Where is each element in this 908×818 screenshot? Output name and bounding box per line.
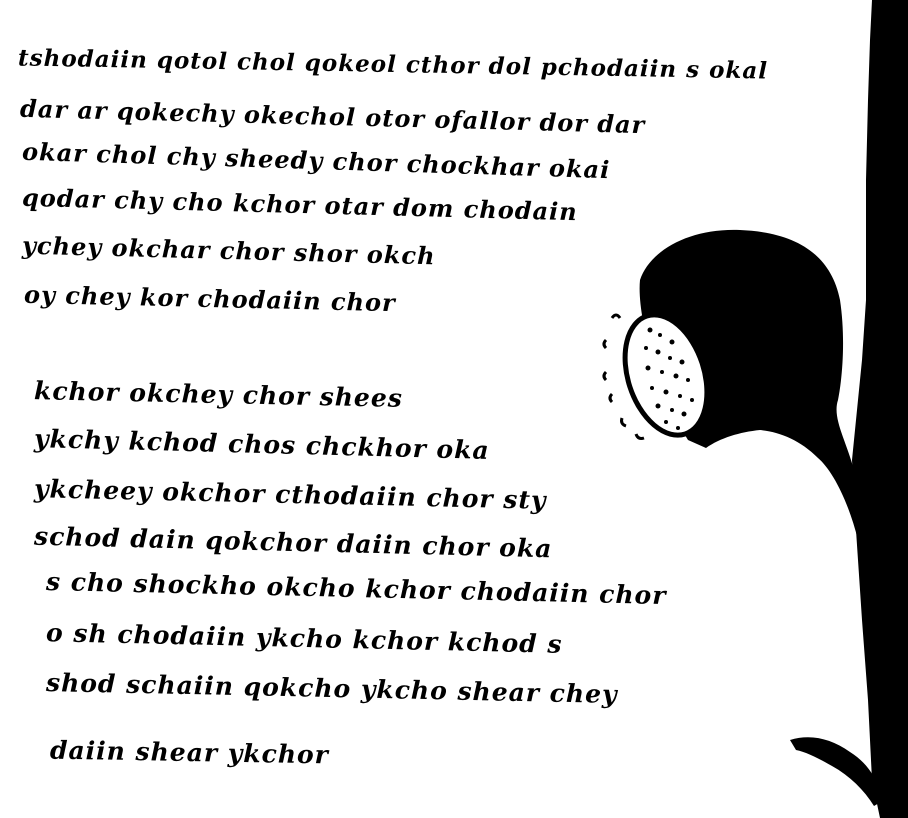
leaf-icon — [790, 737, 884, 806]
text-line: daiin shear ykchor — [50, 736, 329, 771]
manuscript-page: tshodaiin qotol chol qokeol cthor dol pc… — [0, 0, 908, 818]
plant-stem-icon — [852, 0, 908, 818]
